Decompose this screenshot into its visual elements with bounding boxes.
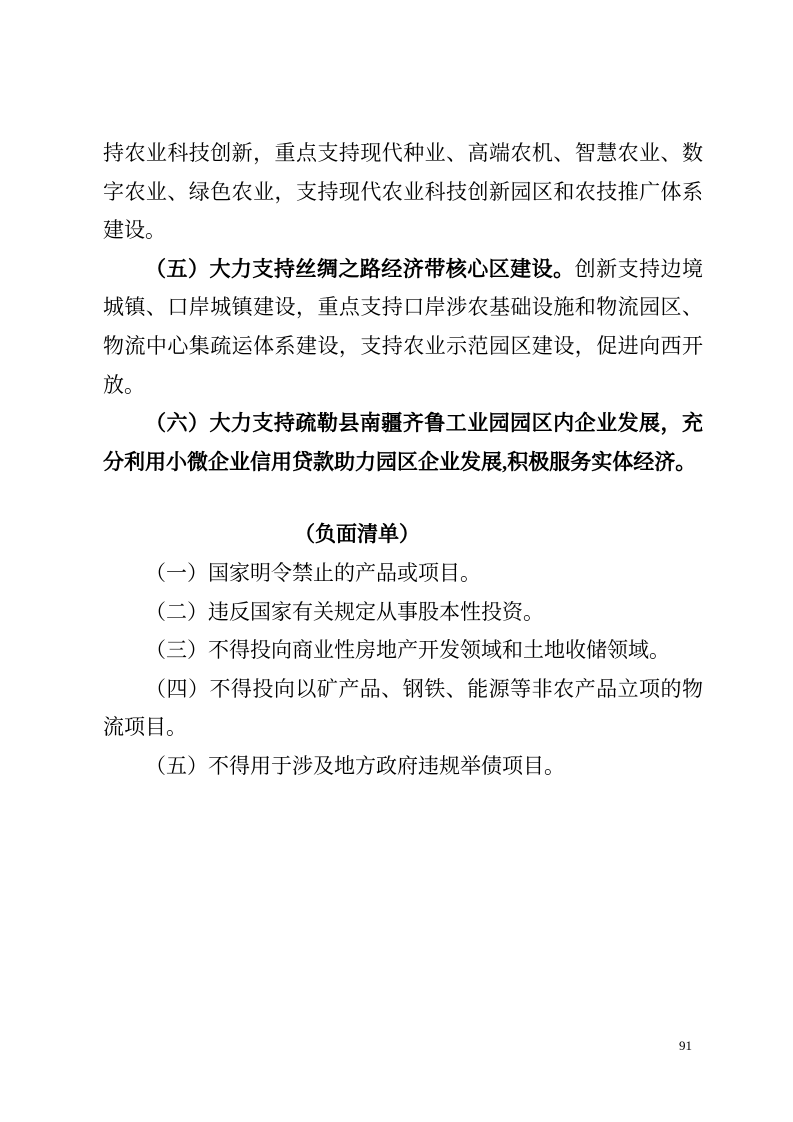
document-page: 持农业科技创新，重点支持现代种业、高端农机、智慧农业、数字农业、绿色农业，支持现… [0, 0, 793, 1122]
paragraph-continuation: 持农业科技创新，重点支持现代种业、高端农机、智慧农业、数字农业、绿色农业，支持现… [103, 134, 703, 250]
negative-list-item-2: （二）违反国家有关规定从事股本性投资。 [103, 593, 703, 632]
negative-list-item-1: （一）国家明令禁止的产品或项目。 [103, 554, 703, 593]
negative-list-heading: （负面清单） [103, 515, 703, 554]
negative-list-item-3: （三）不得投向商业性房地产开发领域和土地收储领域。 [103, 631, 703, 670]
negative-list-item-5: （五）不得用于涉及地方政府违规举债项目。 [103, 747, 703, 786]
page-number: 91 [679, 1038, 692, 1054]
negative-list-item-4: （四）不得投向以矿产品、钢铁、能源等非农产品立项的物流项目。 [103, 670, 703, 747]
paragraph-item-5-lead: （五）大力支持丝绸之路经济带核心区建设。 [145, 257, 575, 281]
document-content: 持农业科技创新，重点支持现代种业、高端农机、智慧农业、数字农业、绿色农业，支持现… [103, 134, 703, 786]
paragraph-item-6-text: （六）大力支持疏勒县南疆齐鲁工业园园区内企业发展，充分利用小微企业信用贷款助力园… [103, 411, 703, 474]
paragraph-item-5: （五）大力支持丝绸之路经济带核心区建设。创新支持边境城镇、口岸城镇建设，重点支持… [103, 250, 703, 404]
paragraph-item-6: （六）大力支持疏勒县南疆齐鲁工业园园区内企业发展，充分利用小微企业信用贷款助力园… [103, 404, 703, 481]
paragraph-continuation-text: 持农业科技创新，重点支持现代种业、高端农机、智慧农业、数字农业、绿色农业，支持现… [103, 141, 703, 242]
